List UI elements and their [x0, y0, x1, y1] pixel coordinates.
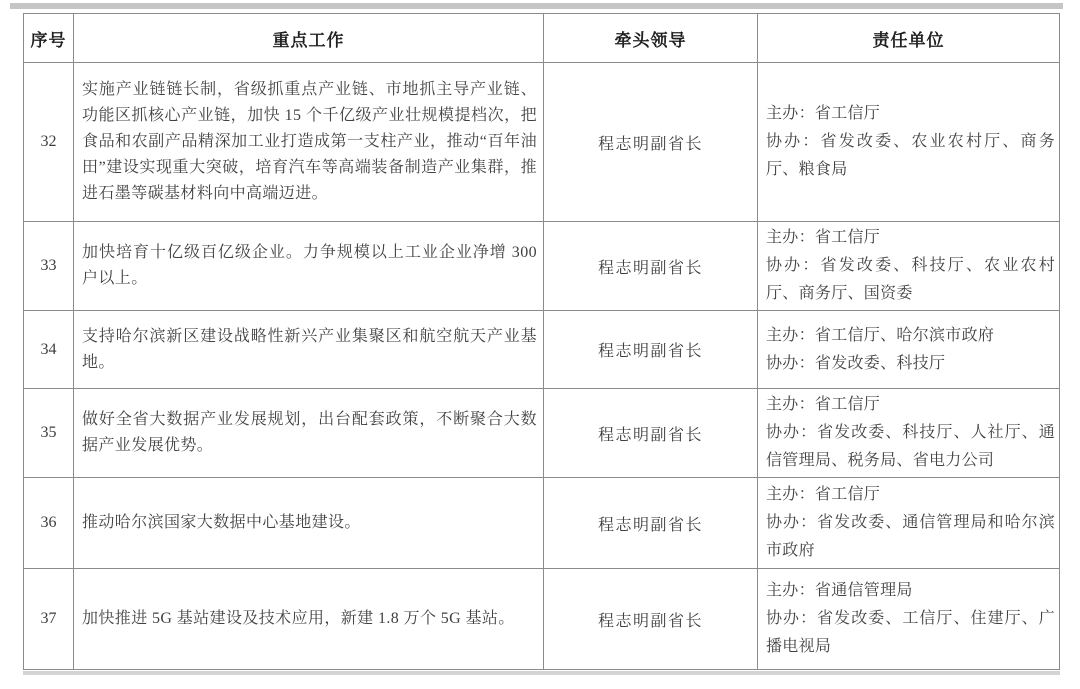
cell-task: 推动哈尔滨国家大数据中心基地建设。 [74, 478, 544, 569]
unit-line: 协办：省发改委、科技厅、农业农村厅、商务厅、国资委 [766, 252, 1055, 308]
cell-task: 加快培育十亿级百亿级企业。力争规模以上工业企业净增 300 户以上。 [74, 222, 544, 311]
cell-seq-number: 36 [24, 478, 74, 569]
cell-units: 主办：省工信厅协办：省发改委、科技厅、人社厅、通信管理局、税务局、省电力公司 [758, 389, 1060, 478]
table-body: 32 实施产业链链长制，省级抓重点产业链、市地抓主导产业链、功能区抓核心产业链，… [24, 63, 1060, 670]
cell-task: 做好全省大数据产业发展规划，出台配套政策，不断聚合大数据产业发展优势。 [74, 389, 544, 478]
unit-line: 主办：省工信厅 [766, 391, 1055, 419]
unit-lines: 主办：省通信管理局协办：省发改委、工信厅、住建厅、广播电视局 [758, 575, 1059, 663]
cell-task: 实施产业链链长制，省级抓重点产业链、市地抓主导产业链、功能区抓核心产业链，加快 … [74, 63, 544, 222]
document-page: 序号 重点工作 牵头领导 责任单位 32 实施产业链链长制，省级抓重点产业链、市… [0, 0, 1080, 689]
unit-line: 主办：省工信厅、哈尔滨市政府 [766, 322, 1055, 350]
cell-leader: 程志明副省长 [544, 389, 758, 478]
unit-line: 主办：省通信管理局 [766, 577, 1055, 605]
cell-seq-number: 37 [24, 569, 74, 670]
unit-line: 主办：省工信厅 [766, 481, 1055, 509]
cell-leader: 程志明副省长 [544, 222, 758, 311]
col-header-seq: 序号 [24, 14, 74, 63]
unit-lines: 主办：省工信厅协办：省发改委、通信管理局和哈尔滨市政府 [758, 479, 1059, 567]
cell-units: 主办：省工信厅协办：省发改委、科技厅、农业农村厅、商务厅、国资委 [758, 222, 1060, 311]
table-row: 32 实施产业链链长制，省级抓重点产业链、市地抓主导产业链、功能区抓核心产业链，… [24, 63, 1060, 222]
cell-seq-number: 32 [24, 63, 74, 222]
col-header-units: 责任单位 [758, 14, 1060, 63]
task-text: 推动哈尔滨国家大数据中心基地建设。 [74, 508, 543, 538]
cell-units: 主办：省工信厅协办：省发改委、通信管理局和哈尔滨市政府 [758, 478, 1060, 569]
col-header-leader: 牵头领导 [544, 14, 758, 63]
task-text: 实施产业链链长制，省级抓重点产业链、市地抓主导产业链、功能区抓核心产业链，加快 … [74, 75, 543, 209]
unit-line: 主办：省工信厅 [766, 100, 1055, 128]
cell-seq-number: 33 [24, 222, 74, 311]
task-text: 加快推进 5G 基站建设及技术应用，新建 1.8 万个 5G 基站。 [74, 604, 543, 634]
table-bottom-shadow [23, 671, 1060, 675]
table-row: 36 推动哈尔滨国家大数据中心基地建设。 程志明副省长 主办：省工信厅协办：省发… [24, 478, 1060, 569]
cell-units: 主办：省工信厅协办：省发改委、农业农村厅、商务厅、粮食局 [758, 63, 1060, 222]
unit-line: 主办：省工信厅 [766, 224, 1055, 252]
cell-leader: 程志明副省长 [544, 63, 758, 222]
unit-lines: 主办：省工信厅协办：省发改委、科技厅、农业农村厅、商务厅、国资委 [758, 222, 1059, 310]
page-top-divider [10, 3, 1063, 9]
cell-leader: 程志明副省长 [544, 569, 758, 670]
unit-line: 协办：省发改委、通信管理局和哈尔滨市政府 [766, 509, 1055, 565]
task-text: 加快培育十亿级百亿级企业。力争规模以上工业企业净增 300 户以上。 [74, 238, 543, 294]
unit-line: 协办：省发改委、工信厅、住建厅、广播电视局 [766, 605, 1055, 661]
unit-line: 协办：省发改委、农业农村厅、商务厅、粮食局 [766, 128, 1055, 184]
unit-line: 协办：省发改委、科技厅 [766, 350, 1055, 378]
unit-line: 协办：省发改委、科技厅、人社厅、通信管理局、税务局、省电力公司 [766, 419, 1055, 475]
task-text: 做好全省大数据产业发展规划，出台配套政策，不断聚合大数据产业发展优势。 [74, 405, 543, 461]
unit-lines: 主办：省工信厅协办：省发改委、农业农村厅、商务厅、粮食局 [758, 98, 1059, 186]
table-row: 37 加快推进 5G 基站建设及技术应用，新建 1.8 万个 5G 基站。 程志… [24, 569, 1060, 670]
cell-leader: 程志明副省长 [544, 311, 758, 389]
table-row: 34 支持哈尔滨新区建设战略性新兴产业集聚区和航空航天产业基地。 程志明副省长 … [24, 311, 1060, 389]
cell-seq-number: 34 [24, 311, 74, 389]
header-row: 序号 重点工作 牵头领导 责任单位 [24, 14, 1060, 63]
cell-units: 主办：省通信管理局协办：省发改委、工信厅、住建厅、广播电视局 [758, 569, 1060, 670]
table-row: 33 加快培育十亿级百亿级企业。力争规模以上工业企业净增 300 户以上。 程志… [24, 222, 1060, 311]
cell-leader: 程志明副省长 [544, 478, 758, 569]
cell-task: 支持哈尔滨新区建设战略性新兴产业集聚区和航空航天产业基地。 [74, 311, 544, 389]
key-tasks-table: 序号 重点工作 牵头领导 责任单位 32 实施产业链链长制，省级抓重点产业链、市… [23, 13, 1060, 670]
unit-lines: 主办：省工信厅、哈尔滨市政府协办：省发改委、科技厅 [758, 320, 1059, 380]
unit-lines: 主办：省工信厅协办：省发改委、科技厅、人社厅、通信管理局、税务局、省电力公司 [758, 389, 1059, 477]
table-row: 35 做好全省大数据产业发展规划，出台配套政策，不断聚合大数据产业发展优势。 程… [24, 389, 1060, 478]
task-text: 支持哈尔滨新区建设战略性新兴产业集聚区和航空航天产业基地。 [74, 322, 543, 378]
table-header: 序号 重点工作 牵头领导 责任单位 [24, 14, 1060, 63]
cell-units: 主办：省工信厅、哈尔滨市政府协办：省发改委、科技厅 [758, 311, 1060, 389]
cell-task: 加快推进 5G 基站建设及技术应用，新建 1.8 万个 5G 基站。 [74, 569, 544, 670]
cell-seq-number: 35 [24, 389, 74, 478]
col-header-task: 重点工作 [74, 14, 544, 63]
